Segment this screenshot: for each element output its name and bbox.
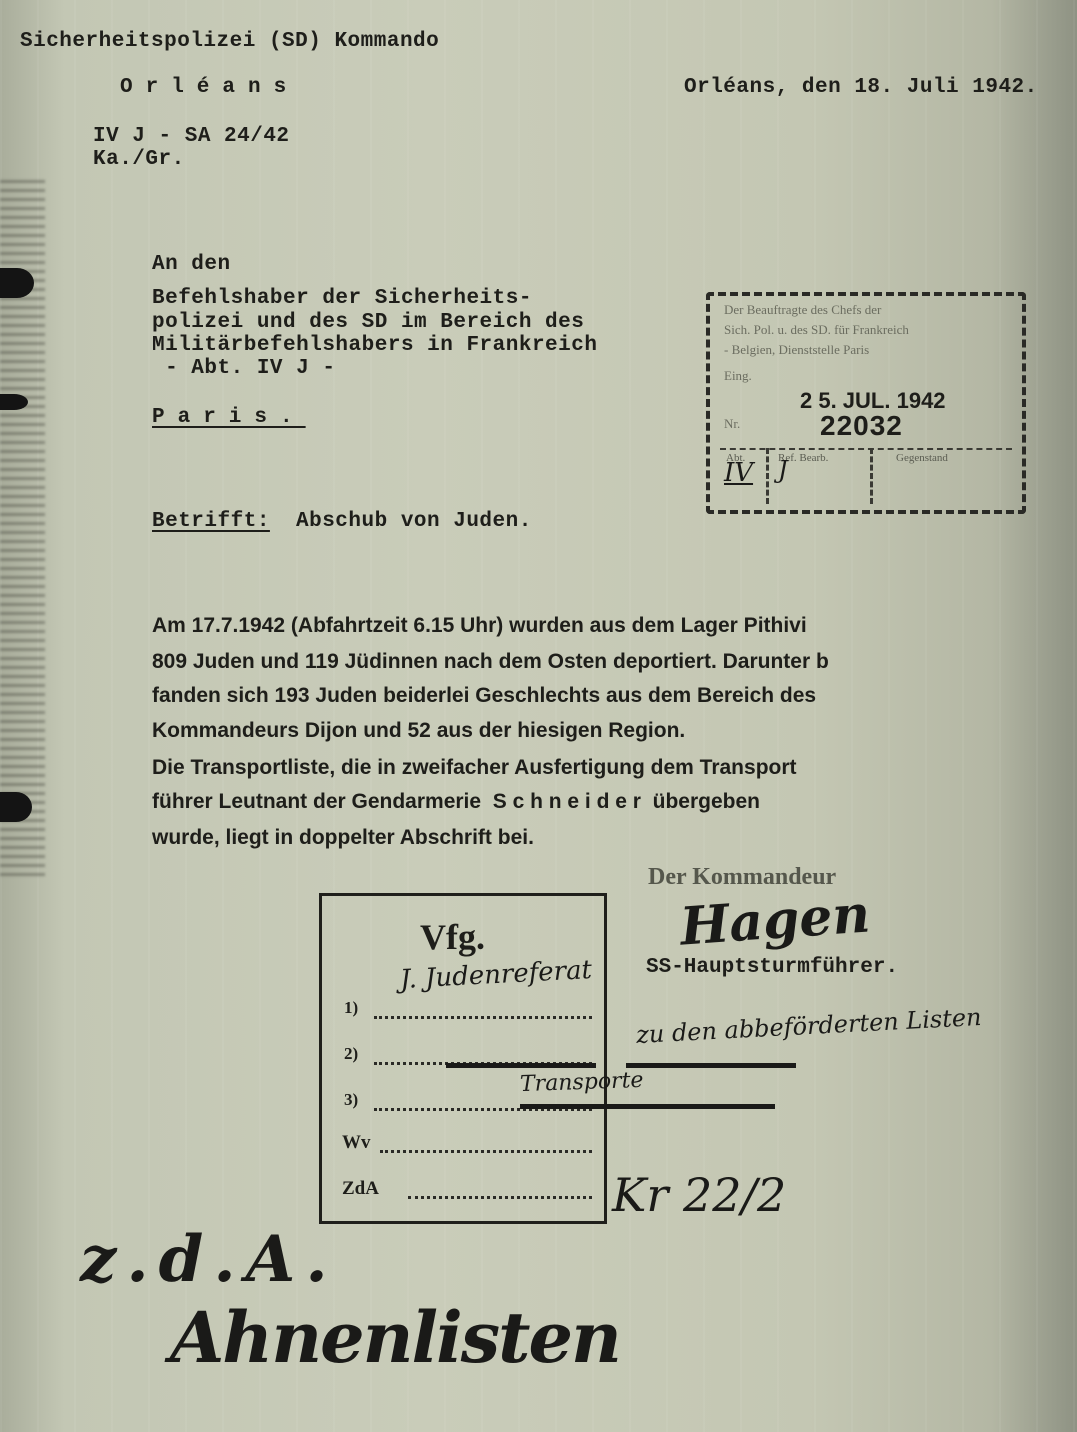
body-line: wurde, liegt in doppelter Abschrift bei.: [152, 826, 534, 850]
stamp-row-label: Eing.: [724, 368, 752, 384]
recipient-line: - Abt. IV J -: [152, 357, 335, 380]
stamp-divider: [766, 448, 769, 504]
stamp-entry-number: 22032: [820, 410, 903, 442]
body-line: Die Transportliste, die in zweifacher Au…: [152, 756, 797, 780]
reference-number: IV J - SA 24/42: [93, 125, 290, 148]
handwritten-initials-date: Kr 22/2: [612, 1168, 786, 1222]
handwritten-note: Transporte: [520, 1068, 644, 1097]
stamp-handwritten-dept: IV: [724, 458, 753, 488]
recipient-line: polizei und des SD im Bereich des: [152, 311, 584, 334]
body-line: Kommandeurs Dijon und 52 aus der hiesige…: [152, 719, 685, 743]
punch-hole: [0, 792, 32, 822]
receipt-stamp: Der Beauftragte des Chefs der Sich. Pol.…: [706, 292, 1026, 514]
vfg-row-label: 3): [344, 1090, 358, 1110]
handwritten-note: zu den abbeförderten Listen: [636, 1003, 983, 1049]
signature-rank: SS-Hauptsturmführer.: [646, 956, 898, 979]
recipient-salutation: An den: [152, 253, 231, 276]
vfg-title: Vfg.: [420, 916, 485, 958]
vfg-row-label: 1): [344, 998, 358, 1018]
vfg-row-line: [408, 1196, 592, 1199]
commander-signature: Hagen: [678, 883, 872, 957]
issuer-city: Orléans: [120, 76, 299, 99]
handwritten-underline: [626, 1063, 796, 1068]
stamp-row-label: Nr.: [724, 416, 740, 432]
stamp-handwritten-ref: J: [778, 456, 788, 484]
handwritten-file-signature: Ahnenlisten: [170, 1296, 620, 1379]
document-page: Sicherheitspolizei (SD) Kommando Orléans…: [0, 0, 1077, 1432]
vfg-row-line: [374, 1016, 592, 1019]
punch-hole: [0, 394, 28, 410]
handwritten-underline: [446, 1063, 596, 1068]
stamp-divider: [720, 448, 1012, 450]
vfg-row-label: Wv: [342, 1132, 371, 1154]
vfg-row-label: 2): [344, 1044, 358, 1064]
issuer-heading: Sicherheitspolizei (SD) Kommando: [20, 30, 439, 53]
recipient-line: Befehlshaber der Sicherheits-: [152, 287, 532, 310]
handwritten-underline: [520, 1104, 775, 1109]
body-line: 809 Juden und 119 Jüdinnen nach dem Oste…: [152, 650, 829, 674]
typist-initials: Ka./Gr.: [93, 148, 185, 171]
stamp-divider: [870, 448, 873, 504]
subject-label: Betrifft:: [152, 510, 270, 533]
place-date: Orléans, den 18. Juli 1942.: [684, 76, 1038, 99]
vfg-row-label: ZdA: [342, 1178, 379, 1200]
stamp-cell-label: Gegenstand: [896, 452, 948, 464]
stamp-header-line: Der Beauftragte des Chefs der: [724, 302, 881, 318]
subject-text: Abschub von Juden.: [296, 510, 532, 533]
body-line: fanden sich 193 Juden beiderlei Geschlec…: [152, 684, 816, 708]
recipient-city: Paris.: [152, 406, 306, 429]
stamp-header-line: Sich. Pol. u. des SD. für Frankreich: [724, 322, 909, 338]
vfg-routing-box: Vfg. 1) 2) 3) Wv ZdA: [319, 893, 607, 1224]
punch-hole: [0, 268, 34, 298]
body-line: führer Leutnant der Gendarmerie S c h n …: [152, 790, 760, 814]
body-line: Am 17.7.1942 (Abfahrtzeit 6.15 Uhr) wurd…: [152, 614, 807, 638]
vfg-row-line: [380, 1150, 592, 1153]
handwritten-file-note: z.d.A.: [80, 1222, 338, 1297]
recipient-line: Militärbefehlshabers in Frankreich: [152, 334, 597, 357]
stamp-header-line: - Belgien, Dienststelle Paris: [724, 342, 869, 358]
